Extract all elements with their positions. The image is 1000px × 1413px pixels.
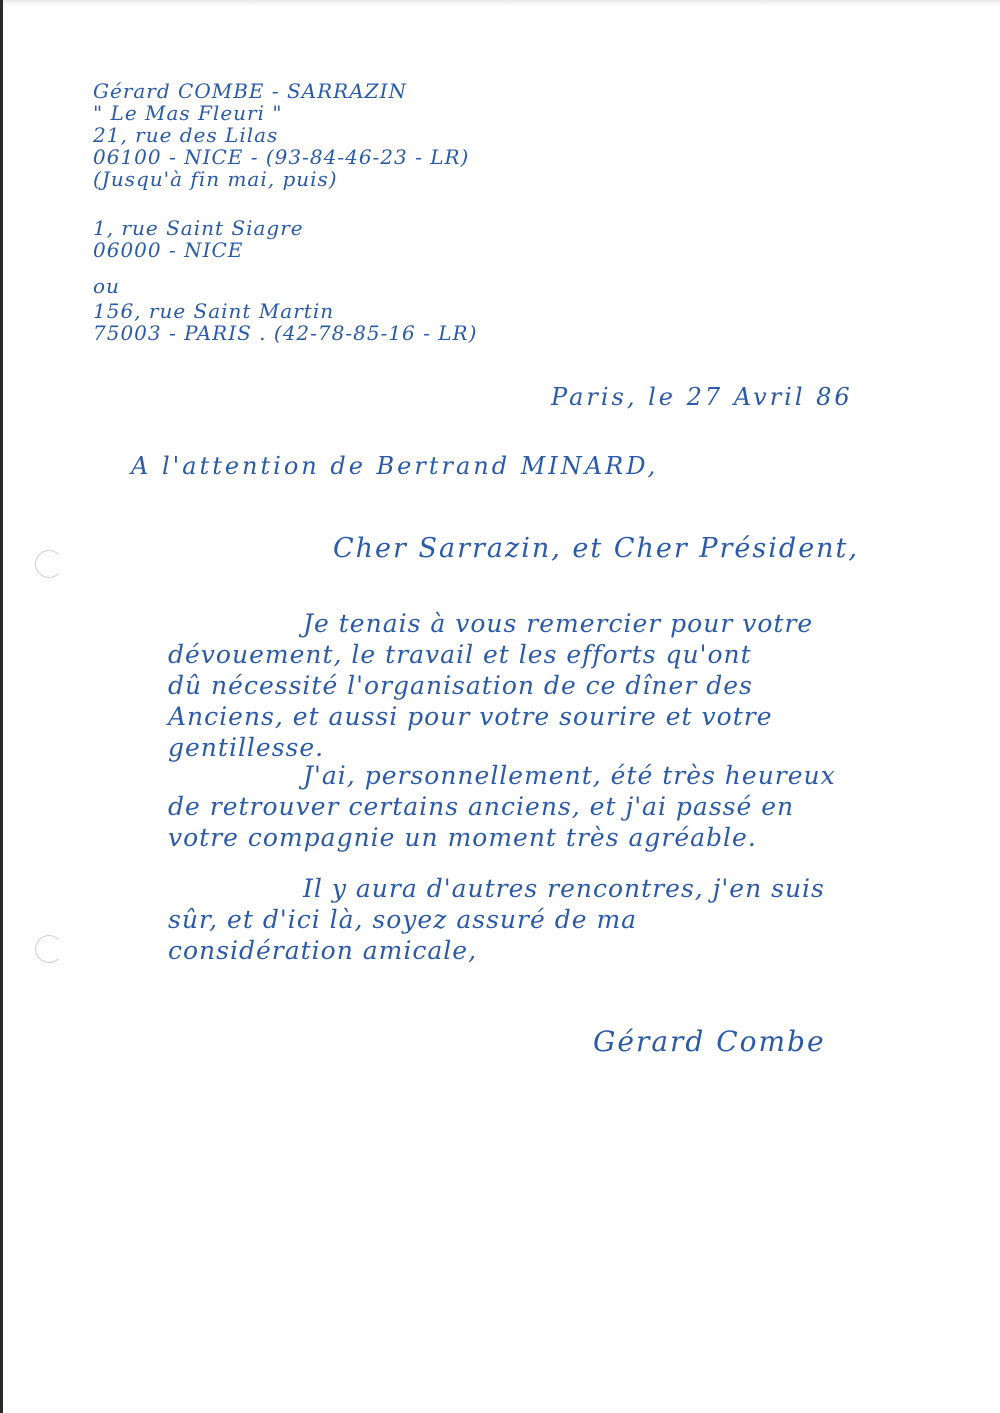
punch-hole-mark [35,935,63,963]
signature: Gérard Combe [593,1025,826,1058]
address-line: 21, rue des Lilas [93,124,469,146]
address-line: 156, rue Saint Martin [93,300,477,322]
scan-top-edge [3,0,1000,6]
paragraph-line: gentillesse. [168,732,813,763]
attention-line: A l'attention de Bertrand MINARD, [131,452,658,480]
letter-page: Gérard COMBE - SARRAZIN " Le Mas Fleuri … [0,0,1000,1413]
address-line: 06100 - NICE - (93-84-46-23 - LR) [93,146,469,168]
paragraph-line: de retrouver certains anciens, et j'ai p… [168,791,836,822]
address-line: 06000 - NICE [93,239,304,261]
punch-hole-mark [35,550,63,578]
body-paragraph: Je tenais à vous remercier pour votre dé… [168,608,813,763]
paragraph-line: dévouement, le travail et les efforts qu… [168,639,813,670]
paragraph-line: Il y aura d'autres rencontres, j'en suis [168,873,825,904]
second-address-block: 1, rue Saint Siagre 06000 - NICE [93,217,304,261]
date-line: Paris, le 27 Avril 86 [551,383,853,411]
paragraph-line: sûr, et d'ici là, soyez assuré de ma [168,904,825,935]
sender-name: Gérard COMBE - SARRAZIN [93,80,469,102]
body-paragraph: Il y aura d'autres rencontres, j'en suis… [168,873,825,966]
body-paragraph: J'ai, personnellement, été très heureux … [168,760,836,853]
paragraph-line: Je tenais à vous remercier pour votre [168,608,813,639]
salutation: Cher Sarrazin, et Cher Président, [333,533,859,564]
paragraph-line: Anciens, et aussi pour votre sourire et … [168,701,813,732]
paragraph-line: votre compagnie un moment très agréable. [168,822,836,853]
paragraph-line: J'ai, personnellement, été très heureux [168,760,836,791]
paragraph-line: dû nécessité l'organisation de ce dîner … [168,670,813,701]
address-line: 75003 - PARIS . (42-78-85-16 - LR) [93,322,477,344]
address-note: (Jusqu'à fin mai, puis) [93,168,469,190]
third-address-block: 156, rue Saint Martin 75003 - PARIS . (4… [93,300,477,344]
paragraph-line: considération amicale, [168,935,825,966]
address-line: 1, rue Saint Siagre [93,217,304,239]
address-line: " Le Mas Fleuri " [93,102,469,124]
sender-address-block: Gérard COMBE - SARRAZIN " Le Mas Fleuri … [93,80,469,190]
or-label: ou [93,275,120,297]
